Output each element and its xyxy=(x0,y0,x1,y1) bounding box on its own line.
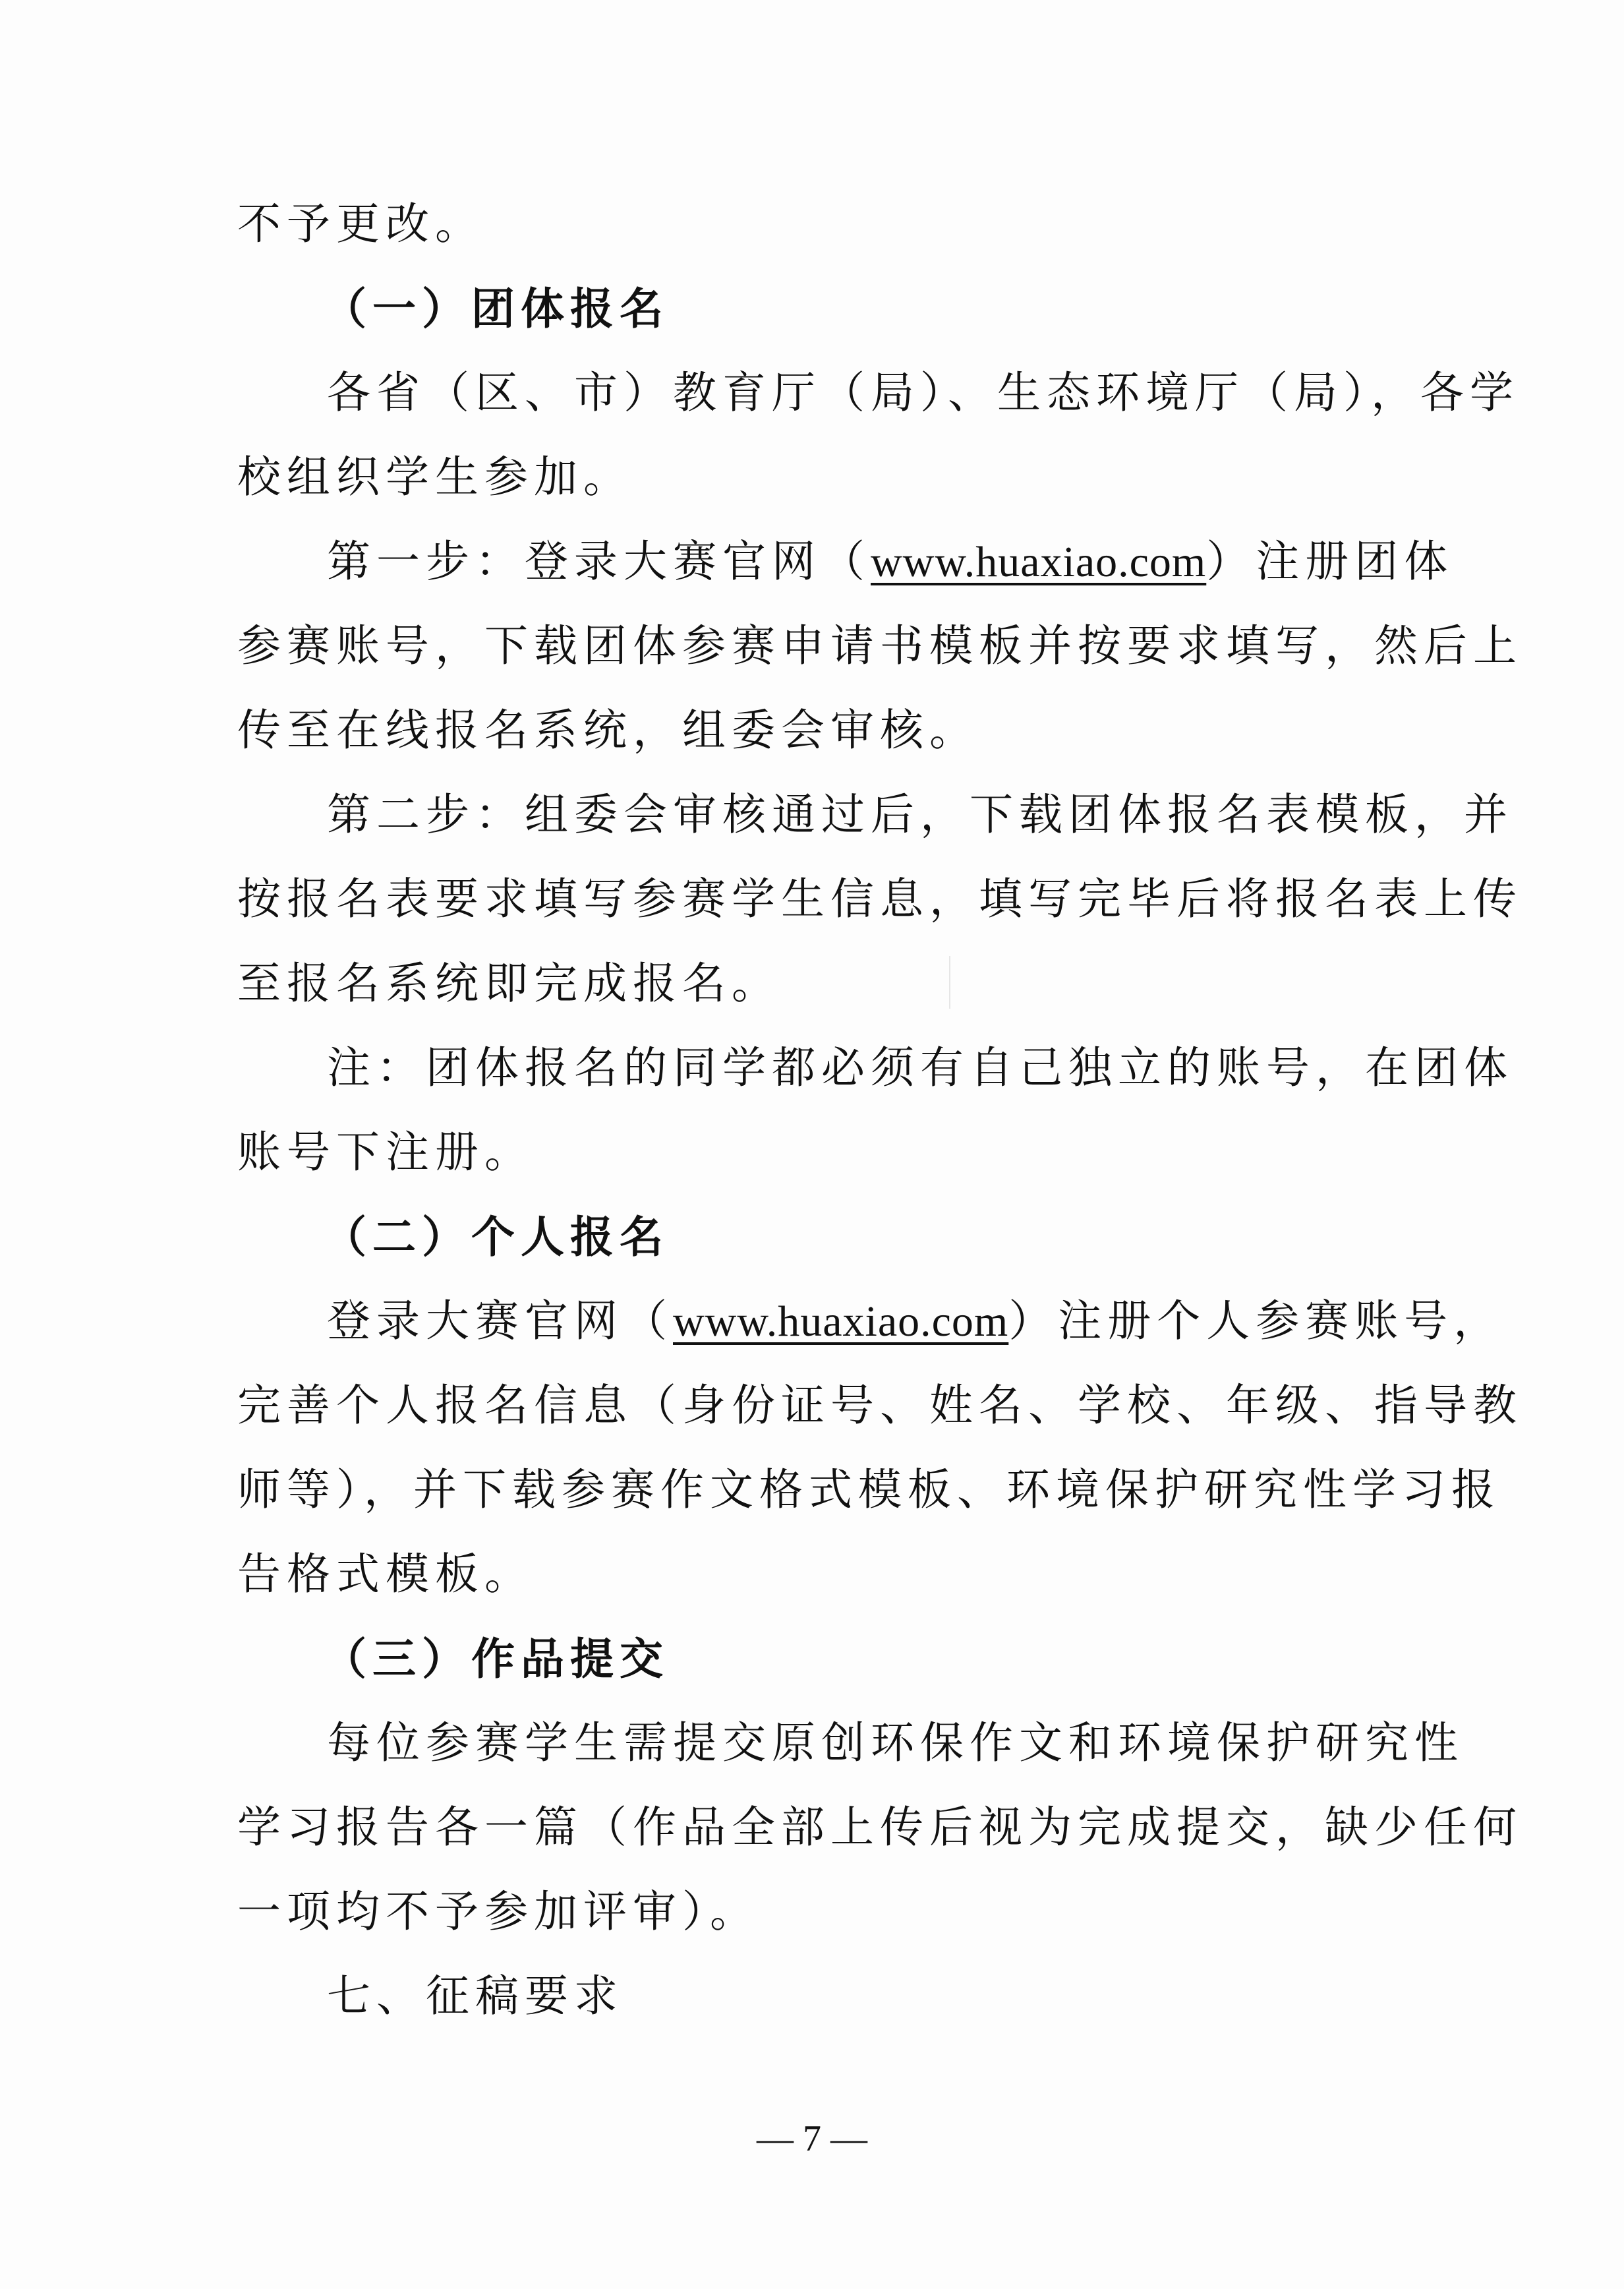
text-segment: 登录大赛官网（ xyxy=(327,1295,673,1346)
paragraph-line: 各省（区、市）教育厅（局）、生态环境厅（局），各学 xyxy=(327,363,1474,423)
paragraph-line: 完善个人报名信息（身份证号、姓名、学校、年级、指导教 xyxy=(237,1376,1384,1435)
paragraph-line: 参赛账号，下载团体参赛申请书模板并按要求填写，然后上 xyxy=(237,616,1384,676)
page-number: — 7 — xyxy=(0,2118,1624,2160)
paragraph-line: 不予更改。 xyxy=(237,194,1384,254)
section-heading-group-registration: （一）团体报名 xyxy=(323,279,1470,338)
text-segment: 第一步：登录大赛官网（ xyxy=(327,536,871,587)
paragraph-line-note: 注：团体报名的同学都必须有自己独立的账号，在团体 xyxy=(327,1038,1474,1098)
paragraph-line: 师等），并下载参赛作文格式模板、环境保护研究性学习报 xyxy=(237,1460,1384,1520)
section-heading-individual-registration: （二）个人报名 xyxy=(323,1207,1470,1266)
document-page: 不予更改。 （一）团体报名 各省（区、市）教育厅（局）、生态环境厅（局），各学 … xyxy=(0,0,1624,2289)
section-heading-submission: （三）作品提交 xyxy=(323,1629,1470,1688)
text-segment: ）注册个人参赛账号， xyxy=(1008,1295,1503,1346)
paragraph-line: 校组织学生参加。 xyxy=(237,448,1384,507)
paragraph-line: 学习报告各一篇（作品全部上传后视为完成提交，缺少任何 xyxy=(237,1798,1384,1857)
paragraph-line-step-two: 第二步：组委会审核通过后，下载团体报名表模板，并 xyxy=(327,785,1474,845)
paragraph-line-individual: 登录大赛官网（www.huaxiao.com）注册个人参赛账号， xyxy=(327,1292,1474,1352)
scan-artifact xyxy=(949,956,950,1009)
paragraph-line: 账号下注册。 xyxy=(237,1123,1384,1182)
paragraph-line-step-one: 第一步：登录大赛官网（www.huaxiao.com）注册团体 xyxy=(327,532,1474,592)
website-link[interactable]: www.huaxiao.com xyxy=(673,1297,1008,1346)
section-heading-requirements: 七、征稿要求 xyxy=(327,1967,1474,2026)
paragraph-line: 告格式模板。 xyxy=(237,1545,1384,1604)
paragraph-line: 每位参赛学生需提交原创环保作文和环境保护研究性 xyxy=(327,1713,1474,1773)
paragraph-line: 一项均不予参加评审）。 xyxy=(237,1882,1384,1942)
paragraph-line: 按报名表要求填写参赛学生信息，填写完毕后将报名表上传 xyxy=(237,870,1384,929)
text-segment: ）注册团体 xyxy=(1206,536,1453,587)
website-link[interactable]: www.huaxiao.com xyxy=(871,538,1206,586)
paragraph-line: 至报名系统即完成报名。 xyxy=(237,954,1384,1013)
paragraph-line: 传至在线报名系统，组委会审核。 xyxy=(237,701,1384,760)
